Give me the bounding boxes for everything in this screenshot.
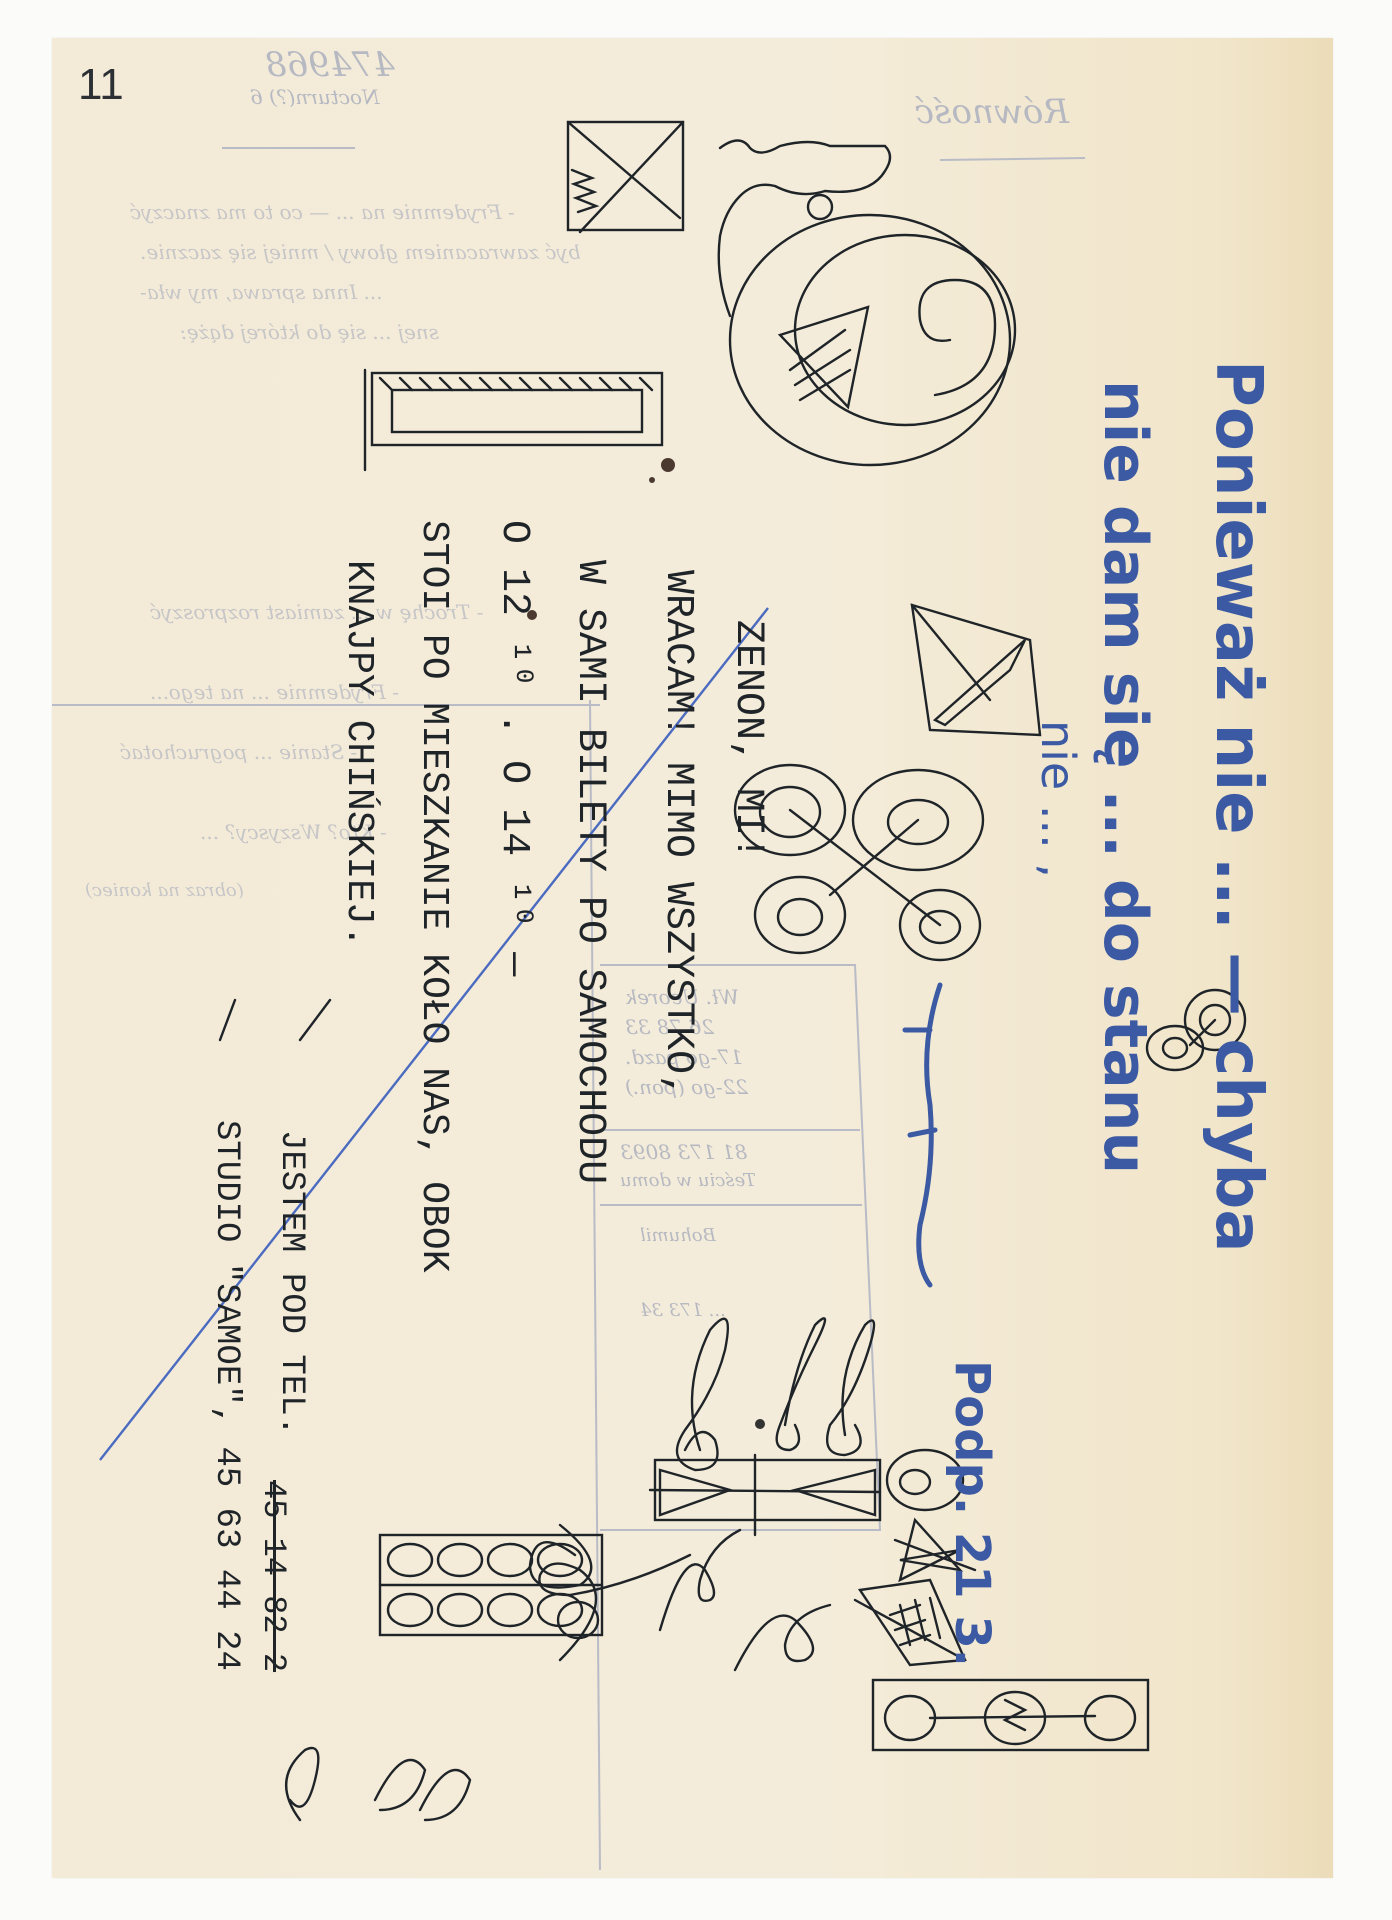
blue-signature-icon xyxy=(905,985,940,1285)
diamond-in-square-sketch xyxy=(912,605,1040,735)
blue-note-line-1: Ponieważ nie ... — chyba xyxy=(1201,360,1275,1253)
boxed-circles-sketch xyxy=(873,1680,1148,1750)
ink-line-studio: STUDIO "SAMOE", 45 63 44 24 xyxy=(207,1120,245,1671)
ink-line-zenon: ZENON, MI! xyxy=(725,620,770,860)
hatched-rectangle-sketch xyxy=(365,370,662,470)
ink-line-jestem: JESTEM POD TEL. xyxy=(272,1130,310,1436)
spiral-shell-sketch xyxy=(730,215,1015,465)
blue-note-date: Podp. 21 3. xyxy=(944,1360,1000,1667)
blue-note-line-2: nie dam się ... do stanu xyxy=(1090,380,1160,1174)
four-spirals-sketch xyxy=(735,765,983,960)
ink-line-knajpy: KNAJPY CHIŃSKIEJ. xyxy=(337,560,380,948)
blue-note-line-3: nie ... , xyxy=(1031,720,1085,878)
bowtie-sketch xyxy=(650,1455,880,1535)
loop-figures-sketch xyxy=(286,1525,830,1820)
crossed-square-sketch xyxy=(568,122,683,232)
ink-line-stoi: STOI PO MIESZKANIE KOŁO NAS, OBOK xyxy=(412,520,455,1273)
ink-line-bilety: W SAMI BILETY PO SAMOCHODU xyxy=(567,560,612,1184)
ink-line-time: O 12 ¹⁰ . O 14 ¹⁰ — xyxy=(491,520,540,976)
crossed-out-number: 45 14 82 2 xyxy=(255,1480,292,1672)
ink-line-wracam: WRACAM! MIMO WSZYSTKO, xyxy=(655,570,700,1098)
treble-clefs-sketch xyxy=(677,1318,874,1470)
